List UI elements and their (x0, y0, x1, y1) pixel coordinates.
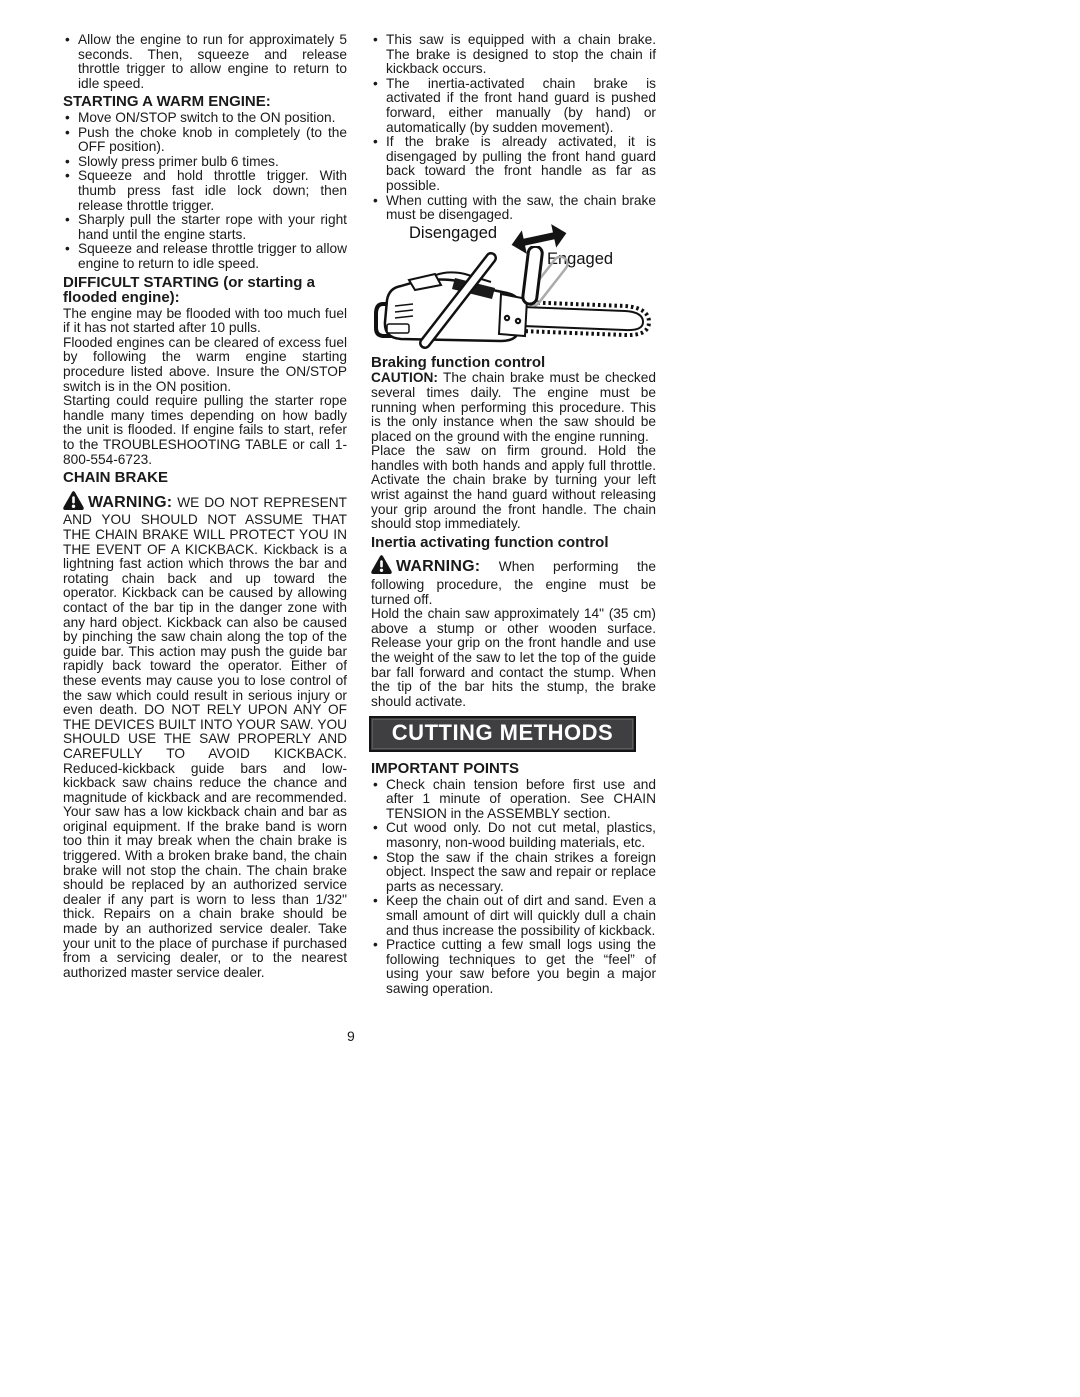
heading-chain-brake: CHAIN BRAKE (63, 470, 347, 486)
bullet-marker: • (373, 135, 378, 150)
paragraph: Flooded engines can be cleared of excess… (63, 336, 347, 394)
warning-icon (371, 555, 392, 578)
list-item: • The inertia-activated chain brake is a… (371, 77, 656, 135)
right-column: • This saw is equipped with a chain brak… (371, 33, 656, 996)
list-item-text: Stop the saw if the chain strikes a fore… (386, 850, 656, 894)
paragraph: Hold the chain saw approximately 14" (35… (371, 607, 656, 709)
list-item: • Push the choke knob in completely (to … (63, 126, 347, 155)
list-item: • Allow the engine to run for approximat… (63, 33, 347, 91)
bullet-marker: • (373, 894, 378, 909)
list-item: • Move ON/STOP switch to the ON position… (63, 111, 347, 126)
list-item-text: Squeeze and hold throttle trigger. With … (78, 168, 347, 212)
chain-brake-figure: Disengaged Engaged (371, 224, 656, 352)
list-item-text: Sharply pull the starter rope with your … (78, 212, 347, 242)
list-item: • When cutting with the saw, the chain b… (371, 194, 656, 223)
list-item: • If the brake is already activated, it … (371, 135, 656, 193)
list-item: • Keep the chain out of dirt and sand. E… (371, 894, 656, 938)
list-item: • Sharply pull the starter rope with you… (63, 213, 347, 242)
bullet-marker: • (373, 77, 378, 92)
paragraph: Starting could require pulling the start… (63, 394, 347, 467)
heading-important-points: IMPORTANT POINTS (371, 761, 656, 777)
list-item: • This saw is equipped with a chain brak… (371, 33, 656, 77)
warning-label: WARNING: (396, 558, 480, 575)
caution-label: CAUTION: (371, 370, 438, 385)
warning-label: WARNING: (88, 494, 172, 511)
chainsaw-illustration (373, 246, 657, 354)
warning-block: WARNING: When performing the following p… (371, 555, 656, 607)
heading-starting-warm-engine: STARTING A WARM ENGINE: (63, 94, 347, 110)
list-item-text: Move ON/STOP switch to the ON position. (78, 110, 335, 125)
paragraph: The engine may be flooded with too much … (63, 307, 347, 336)
bullet-marker: • (65, 33, 70, 48)
bullet-marker: • (65, 169, 70, 184)
list-item-text: Push the choke knob in completely (to th… (78, 125, 347, 155)
warning-block: WARNING: WE DO NOT REPRESENT AND YOU SHO… (63, 491, 347, 981)
warning-text: WE DO NOT REPRESENT AND YOU SHOULD NOT A… (63, 495, 347, 980)
list-item: • Squeeze and release throttle trigger t… (63, 242, 347, 271)
list-item: • Practice cutting a few small logs usin… (371, 938, 656, 996)
left-column: • Allow the engine to run for approximat… (63, 33, 347, 980)
manual-page: • Allow the engine to run for approximat… (0, 0, 1080, 1397)
bullet-marker: • (373, 194, 378, 209)
caution-block: CAUTION: The chain brake must be checked… (371, 371, 656, 444)
list-item: • Check chain tension before first use a… (371, 778, 656, 822)
bullet-marker: • (65, 126, 70, 141)
warning-icon (63, 491, 84, 514)
paragraph: Place the saw on firm ground. Hold the h… (371, 444, 656, 532)
list-item: • Stop the saw if the chain strikes a fo… (371, 851, 656, 895)
list-item-text: When cutting with the saw, the chain bra… (386, 193, 656, 223)
figure-label-disengaged: Disengaged (409, 225, 497, 242)
list-item-text: Allow the engine to run for approximatel… (78, 32, 347, 91)
list-item-text: This saw is equipped with a chain brake.… (386, 32, 656, 76)
bullet-marker: • (65, 111, 70, 126)
bullet-marker: • (65, 213, 70, 228)
list-item-text: The inertia-activated chain brake is act… (386, 76, 656, 135)
heading-difficult-starting: DIFFICULT STARTING (or starting a floode… (63, 275, 347, 306)
heading-braking-function-control: Braking function control (371, 355, 656, 371)
bullet-marker: • (65, 242, 70, 257)
list-item-text: Keep the chain out of dirt and sand. Eve… (386, 893, 656, 937)
bullet-marker: • (373, 778, 378, 793)
page-number: 9 (347, 1028, 355, 1044)
list-item-text: Squeeze and release throttle trigger to … (78, 241, 347, 271)
heading-inertia-function-control: Inertia activating function control (371, 535, 656, 551)
list-item-text: Slowly press primer bulb 6 times. (78, 154, 279, 169)
list-item-text: Cut wood only. Do not cut metal, plastic… (386, 820, 656, 850)
bullet-marker: • (373, 938, 378, 953)
list-item: • Slowly press primer bulb 6 times. (63, 155, 347, 170)
list-item-text: Check chain tension before first use and… (386, 777, 656, 821)
bullet-marker: • (373, 821, 378, 836)
bullet-marker: • (373, 33, 378, 48)
bullet-marker: • (65, 155, 70, 170)
bullet-marker: • (373, 851, 378, 866)
cutting-methods-banner: CUTTING METHODS (369, 716, 636, 752)
list-item: • Cut wood only. Do not cut metal, plast… (371, 821, 656, 850)
list-item: • Squeeze and hold throttle trigger. Wit… (63, 169, 347, 213)
list-item-text: Practice cutting a few small logs using … (386, 937, 656, 996)
list-item-text: If the brake is already activated, it is… (386, 134, 656, 193)
